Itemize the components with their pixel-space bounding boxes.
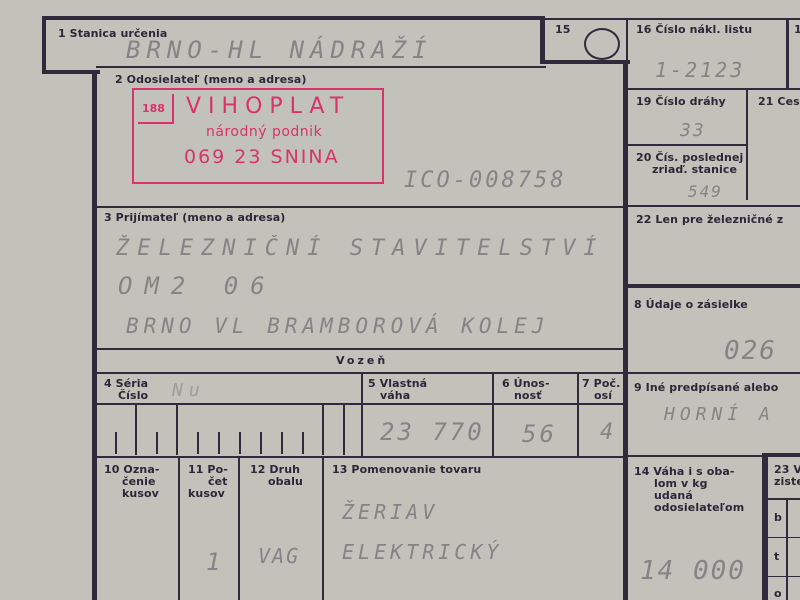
tick [156, 432, 158, 454]
field-22-label: 22 Len pre železničné z [636, 214, 783, 226]
last-station-value[interactable]: 549 [688, 182, 723, 201]
tick [115, 432, 117, 454]
tick [239, 432, 241, 454]
frame-line [628, 284, 800, 288]
recipient-line-2[interactable]: OM2 06 [118, 272, 277, 300]
tick [260, 432, 262, 454]
field-3-label: 3 Prijímateľ (meno a adresa) [104, 212, 285, 224]
destination-station-value[interactable]: BRNO-HL NÁDRAŽÍ [126, 36, 433, 64]
field-15-label: 15 [555, 24, 571, 36]
gross-weight-value[interactable]: 14 000 [640, 556, 746, 586]
capacity-value[interactable]: 56 [522, 420, 557, 448]
frame-line [577, 374, 579, 456]
circle-mark [584, 28, 620, 60]
tick [281, 432, 283, 454]
frame-line [762, 453, 800, 457]
field-23-label-2: ziste [774, 476, 800, 488]
tick [322, 405, 324, 455]
field-17-label: 1 [794, 24, 800, 36]
railway-number-value[interactable]: 33 [680, 120, 706, 141]
goods-name-line-2[interactable]: ELEKTRICKÝ [342, 540, 502, 564]
tick [197, 432, 199, 454]
field-5-label-2: váha [380, 390, 410, 402]
frame-line [626, 18, 628, 62]
field-23-row-o: o [774, 588, 782, 600]
field-4-label-2: Číslo [118, 390, 148, 402]
field-6-label-2: nosť [514, 390, 542, 402]
tick [176, 405, 178, 455]
sender-ico-value[interactable]: ICO-008758 [404, 168, 566, 193]
frame-line [768, 537, 800, 538]
stamp-code: 188 [142, 102, 165, 115]
frame-line [238, 458, 240, 600]
frame-line [768, 498, 800, 500]
frame-line [361, 374, 363, 456]
goods-name-line-1[interactable]: ŽERIAV [342, 500, 438, 524]
stamp-name: VIHOPLAT [186, 94, 350, 119]
field-23-row-b: b [774, 512, 782, 524]
frame-line [628, 455, 768, 457]
field-7-label-2: osí [594, 390, 612, 402]
tick [302, 432, 304, 454]
sender-stamp: 188 VIHOPLAT národný podnik 069 23 SNINA [132, 88, 384, 184]
field-9-label: 9 Iné predpísané alebo [634, 382, 778, 394]
frame-line [768, 576, 800, 577]
tick [218, 432, 220, 454]
frame-line [786, 18, 789, 90]
frame-line [42, 16, 46, 74]
stamp-line3: 069 23 SNINA [184, 146, 340, 168]
tare-weight-value[interactable]: 23 770 [380, 418, 485, 446]
frame-line [746, 88, 748, 200]
stamp-line2: národný podnik [206, 124, 322, 140]
field-23-row-t: t [774, 551, 779, 563]
consignment-note: 1 Stanica určenia BRNO-HL NÁDRAŽÍ 15 16 … [0, 0, 800, 600]
field-2-label: 2 Odosielateľ (meno a adresa) [115, 74, 307, 86]
shipment-data-value[interactable]: 026 [724, 336, 777, 366]
frame-line [96, 66, 546, 68]
field-10-label-3: kusov [122, 488, 159, 500]
field-13-label: 13 Pomenovanie tovaru [332, 464, 481, 476]
frame-line [628, 372, 800, 374]
field-14-label-4: odosielateľom [654, 502, 744, 514]
frame-line [786, 500, 788, 600]
frame-line [96, 456, 624, 458]
piece-count-value[interactable]: 1 [206, 548, 226, 576]
axle-count-value[interactable]: 4 [600, 420, 619, 445]
wagon-section-title: Vozeň [336, 355, 388, 367]
field-20-label-2: zriaď. stanice [652, 164, 737, 176]
waybill-number-value[interactable]: 1-2123 [655, 58, 745, 82]
field-19-label: 19 Číslo dráhy [636, 96, 726, 108]
frame-line [178, 458, 180, 600]
field-21-label: 21 Cest [758, 96, 800, 108]
tick [343, 405, 345, 455]
frame-line [96, 348, 624, 350]
frame-line [492, 374, 494, 456]
frame-line [96, 206, 624, 208]
frame-line [322, 458, 324, 600]
frame-line [96, 372, 624, 374]
frame-line [540, 60, 630, 64]
frame-line [42, 16, 542, 20]
frame-line [762, 453, 768, 600]
field-11-label-3: kusov [188, 488, 225, 500]
field-12-label-2: obalu [268, 476, 303, 488]
recipient-line-1[interactable]: ŽELEZNIČNÍ STAVITELSTVÍ [116, 236, 605, 261]
field-16-label: 16 Číslo nákl. listu [636, 24, 752, 36]
frame-line [540, 16, 545, 64]
other-prescribed-value[interactable]: HORNÍ A [664, 404, 775, 425]
frame-line [92, 70, 97, 600]
field-8-label: 8 Údaje o zásielke [634, 299, 748, 311]
tick [135, 405, 137, 455]
frame-line [540, 18, 800, 20]
packaging-type-value[interactable]: VAG [258, 544, 300, 568]
frame-line [628, 144, 746, 146]
frame-line [628, 88, 800, 90]
wagon-series-value[interactable]: Nu [172, 380, 206, 401]
frame-line [628, 205, 800, 207]
recipient-line-3[interactable]: BRNO VL BRAMBOROVÁ KOLEJ [126, 314, 549, 338]
frame-line [626, 458, 628, 600]
